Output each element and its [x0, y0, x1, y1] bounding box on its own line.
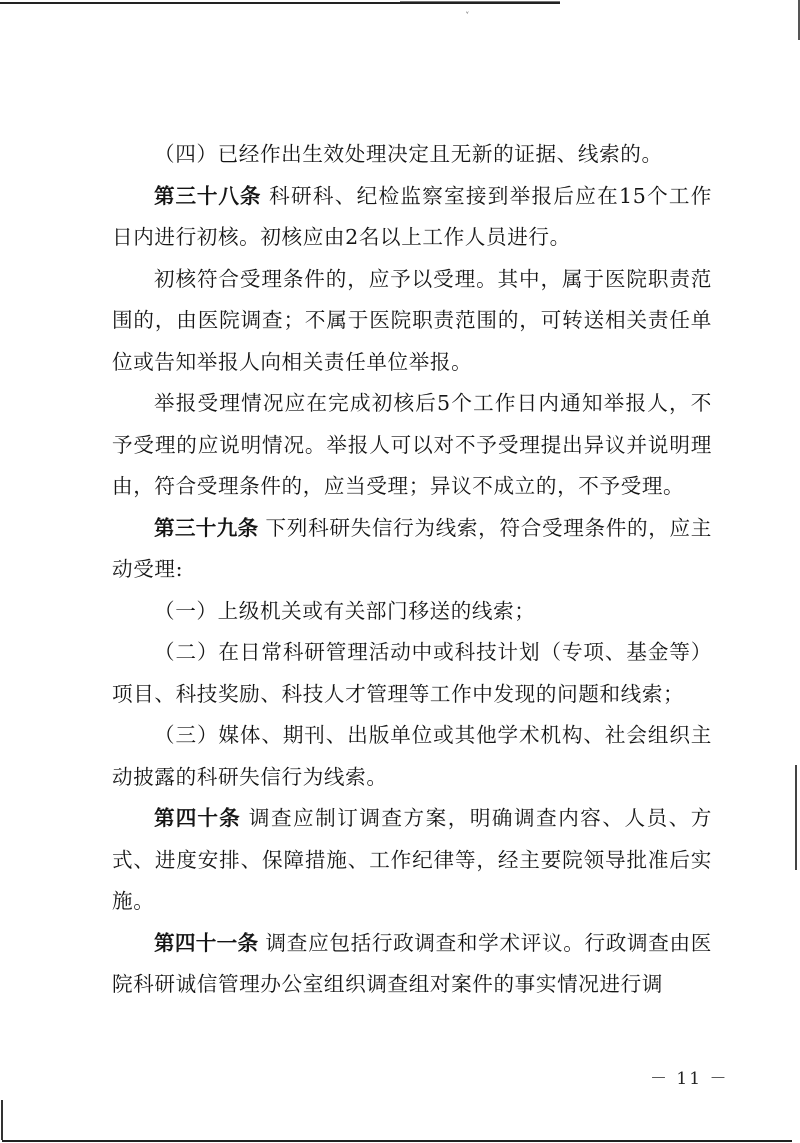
- article-heading: 第四十条: [154, 806, 241, 830]
- clause-item-2: （二）在日常科研管理活动中或科技计划（专项、基金等）项目、科技奖励、科技人才管理…: [112, 632, 712, 715]
- scan-edge-right: [795, 765, 797, 870]
- body-paragraph-notification: 举报受理情况应在完成初核后5个工作日内通知举报人，不予受理的应说明情况。举报人可…: [112, 383, 712, 508]
- clause-text: （三）媒体、期刊、出版单位或其他学术机构、社会组织主动披露的科研失信行为线索。: [112, 723, 712, 789]
- clause-item-1: （一）上级机关或有关部门移送的线索；: [112, 591, 712, 633]
- article-40: 第四十条 调查应制订调查方案，明确调查内容、人员、方式、进度安排、保障措施、工作…: [112, 798, 712, 923]
- body-paragraph-acceptance: 初核符合受理条件的，应予以受理。其中，属于医院职责范围的，由医院调查；不属于医院…: [112, 259, 712, 384]
- clause-text: （一）上级机关或有关部门移送的线索；: [154, 599, 536, 623]
- article-38: 第三十八条 科研科、纪检监察室接到举报后应在15个工作日内进行初核。初核应由2名…: [112, 176, 712, 259]
- clause-text: （四）已经作出生效处理决定且无新的证据、线索的。: [154, 142, 663, 166]
- page-number: － 11 －: [650, 1064, 728, 1089]
- article-heading: 第三十九条: [154, 516, 258, 540]
- article-39: 第三十九条 下列科研失信行为线索，符合受理条件的，应主动受理:: [112, 508, 712, 591]
- clause-text: （二）在日常科研管理活动中或科技计划（专项、基金等）项目、科技奖励、科技人才管理…: [112, 640, 712, 706]
- paragraph-text: 初核符合受理条件的，应予以受理。其中，属于医院职责范围的，由医院调查；不属于医院…: [112, 267, 712, 374]
- document-body: （四）已经作出生效处理决定且无新的证据、线索的。 第三十八条 科研科、纪检监察室…: [112, 134, 712, 1006]
- article-heading: 第四十一条: [154, 931, 258, 955]
- clause-item-3: （三）媒体、期刊、出版单位或其他学术机构、社会组织主动披露的科研失信行为线索。: [112, 715, 712, 798]
- article-heading: 第三十八条: [154, 184, 261, 208]
- scan-edge-left: [1, 1100, 3, 1140]
- clause-item-4: （四）已经作出生效处理决定且无新的证据、线索的。: [112, 134, 712, 176]
- scan-edge-top: [0, 2, 560, 4]
- scan-speck: ᵛ: [466, 10, 469, 18]
- scan-edge-bottom: [2, 1140, 792, 1142]
- paragraph-text: 举报受理情况应在完成初核后5个工作日内通知举报人，不予受理的应说明情况。举报人可…: [112, 391, 712, 498]
- article-41: 第四十一条 调查应包括行政调查和学术评议。行政调查由医院科研诚信管理办公室组织调…: [112, 923, 712, 1006]
- document-page: ᵛ （四）已经作出生效处理决定且无新的证据、线索的。 第三十八条 科研科、纪检监…: [0, 0, 800, 1143]
- scan-edge-top-secondary: [400, 1, 560, 2]
